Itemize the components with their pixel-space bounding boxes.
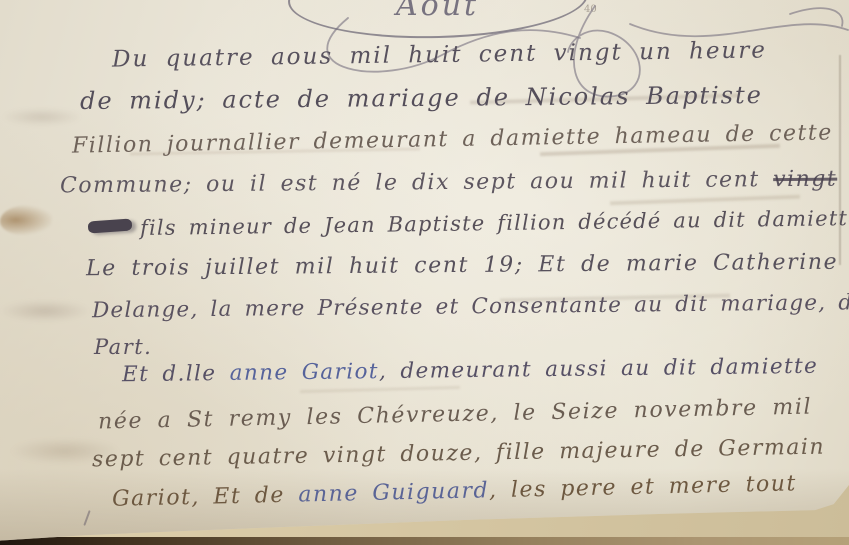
pencil-mark: 40 bbox=[584, 4, 597, 15]
line-9-text-cont: , demeurant aussi au dit damiette bbox=[379, 354, 819, 384]
manuscript-line-8: Part. bbox=[94, 335, 152, 359]
month-cartouche-word: Aout bbox=[396, 0, 479, 23]
mother-name-blue-ink: anne Guiguard bbox=[298, 478, 489, 507]
struck-out-word: vingt bbox=[773, 167, 837, 193]
line-12-text: Gariot, Et de bbox=[112, 483, 299, 512]
manuscript-line-2: de midy; acte de mariage de Nicolas Bapt… bbox=[80, 81, 763, 115]
bride-name-blue-ink: anne Gariot bbox=[230, 359, 379, 386]
manuscript-photo: Aout 40 Du quatre aous mil huit cent vin… bbox=[0, 0, 849, 545]
line-9-text: Et d.lle bbox=[122, 361, 230, 387]
photo-bottom-edge bbox=[0, 537, 849, 545]
